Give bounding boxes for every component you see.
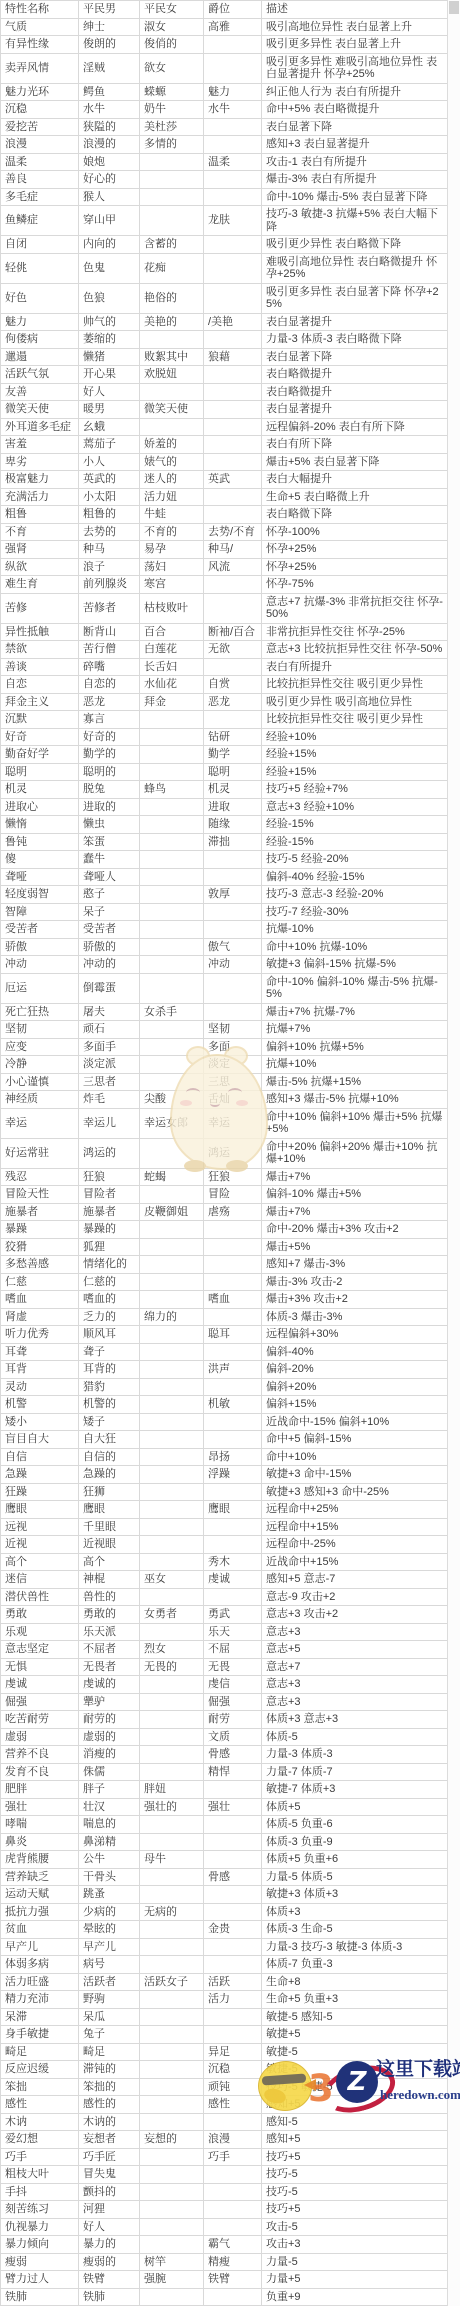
cell-trait-name: 仁慈 xyxy=(1,1273,79,1291)
cell-trait-name: 营养缺乏 xyxy=(1,1868,79,1886)
cell-commoner-male: 暴力的 xyxy=(79,2236,140,2254)
cell-trait-name: 早产儿 xyxy=(1,1938,79,1956)
cell-noble-title xyxy=(204,1413,262,1431)
scrollbar-track[interactable] xyxy=(447,0,460,2306)
cell-description: 吸引更多异性 难吸引高地位异性 表白显著提升 怀孕+25% xyxy=(262,53,448,83)
scrollbar-thumb[interactable] xyxy=(449,1,459,14)
cell-description: 表白略微下降 xyxy=(262,506,448,524)
cell-trait-name: 畸足 xyxy=(1,2043,79,2061)
cell-trait-name: 灵动 xyxy=(1,1378,79,1396)
cell-description: 经验-15% xyxy=(262,833,448,851)
cell-commoner-female xyxy=(140,1711,204,1729)
cell-commoner-female xyxy=(140,1991,204,2009)
cell-commoner-male: 前列腺炎 xyxy=(79,576,140,594)
cell-commoner-female xyxy=(140,833,204,851)
cell-noble-title xyxy=(204,1886,262,1904)
table-row: 倔强犟驴倔强意志+3 xyxy=(1,1693,448,1711)
cell-trait-name: 施暴者 xyxy=(1,1203,79,1221)
cell-trait-name: 自恋 xyxy=(1,676,79,694)
cell-commoner-male: 胖子 xyxy=(79,1781,140,1799)
cell-noble-title xyxy=(204,188,262,206)
table-row: 沉稳水牛奶牛水牛命中+5% 表白略微提升 xyxy=(1,101,448,119)
cell-description: 爆击+3% 攻击+2 xyxy=(262,1291,448,1309)
cell-description: 表白显著下降 xyxy=(262,118,448,136)
table-row: 好奇好奇的钻研经验+10% xyxy=(1,728,448,746)
cell-noble-title: 异足 xyxy=(204,2043,262,2061)
cell-commoner-female xyxy=(140,1938,204,1956)
cell-commoner-male: 英武的 xyxy=(79,471,140,489)
column-header: 爵位 xyxy=(204,1,262,19)
cell-commoner-male: 耐劳的 xyxy=(79,1711,140,1729)
cell-commoner-female xyxy=(140,1256,204,1274)
cell-trait-name: 友善 xyxy=(1,383,79,401)
table-row: 自恋自恋的水仙花自赏比较抗拒异性交往 吸引更少异性 xyxy=(1,676,448,694)
cell-trait-name: 发育不良 xyxy=(1,1763,79,1781)
cell-commoner-female: 易孕 xyxy=(140,541,204,559)
cell-noble-title: 龙肤 xyxy=(204,206,262,236)
cell-commoner-male: 憨子 xyxy=(79,886,140,904)
table-row: 虚弱虚弱的文质体质-5 xyxy=(1,1728,448,1746)
cell-description: 敏捷-5 xyxy=(262,2043,448,2061)
cell-commoner-female: 树竿 xyxy=(140,2253,204,2271)
cell-noble-title xyxy=(204,1536,262,1554)
cell-description: 敏捷+3 体质+3 xyxy=(262,1886,448,1904)
cell-commoner-male: 狭隘的 xyxy=(79,118,140,136)
cell-noble-title xyxy=(204,171,262,189)
cell-trait-name: 极富魅力 xyxy=(1,471,79,489)
cell-trait-name: 智障 xyxy=(1,903,79,921)
cell-commoner-female xyxy=(140,798,204,816)
cell-commoner-male: 断背山 xyxy=(79,623,140,641)
cell-trait-name: 吃苦耐劳 xyxy=(1,1711,79,1729)
cell-description: 体质-7 负重-3 xyxy=(262,1956,448,1974)
cell-commoner-female: 巫女 xyxy=(140,1571,204,1589)
cell-commoner-male: 冒失鬼 xyxy=(79,2166,140,2184)
table-row: 苦修苦修者枯枝败叶意志+7 抗爆-3% 非常抗拒交往 怀孕-50% xyxy=(1,593,448,623)
cell-description: 敏捷+5 xyxy=(262,2026,448,2044)
table-row: 聪明聪明的聪明经验+15% xyxy=(1,763,448,781)
cell-description: 命中+20% 偏斜+20% 爆击+10% 抗爆+10% xyxy=(262,1138,448,1168)
cell-commoner-female: 白莲花 xyxy=(140,641,204,659)
cell-commoner-male: 病号 xyxy=(79,1956,140,1974)
cell-description: 意志+3 比较抗拒异性交往 怀孕-50% xyxy=(262,641,448,659)
table-row: 充满活力小太阳活力妞生命+5 表白略微上升 xyxy=(1,488,448,506)
cell-trait-name: 鱼鳞症 xyxy=(1,206,79,236)
table-row: 活跃气氛开心果欢脱妞表白略微提升 xyxy=(1,366,448,384)
cell-noble-title xyxy=(204,593,262,623)
cell-noble-title xyxy=(204,973,262,1003)
cell-description: 近战命中+15% xyxy=(262,1553,448,1571)
table-row: 畸足畸足异足敏捷-5 xyxy=(1,2043,448,2061)
cell-trait-name: 反应迟缓 xyxy=(1,2061,79,2079)
cell-description: 近战命中-15% 偏斜+10% xyxy=(262,1413,448,1431)
cell-commoner-male: 晕眩的 xyxy=(79,1921,140,1939)
cell-noble-title xyxy=(204,1903,262,1921)
cell-description: 命中+10% 抗爆-10% xyxy=(262,938,448,956)
cell-commoner-female xyxy=(140,868,204,886)
cell-description: 偏斜-40% 经验-15% xyxy=(262,868,448,886)
cell-noble-title: 鹰眼 xyxy=(204,1501,262,1519)
cell-noble-title: /美艳 xyxy=(204,313,262,331)
cell-commoner-female: 活跃女子 xyxy=(140,1973,204,1991)
cell-noble-title: 恶龙 xyxy=(204,693,262,711)
cell-description: 表白有所提升 xyxy=(262,658,448,676)
table-row: 智障呆子技巧-7 经验-30% xyxy=(1,903,448,921)
cell-trait-name: 营养不良 xyxy=(1,1746,79,1764)
cell-noble-title xyxy=(204,576,262,594)
cell-trait-name: 活跃气氛 xyxy=(1,366,79,384)
cell-commoner-male: 感性的 xyxy=(79,2096,140,2114)
cell-description: 意志+3 xyxy=(262,1693,448,1711)
cell-noble-title: 昂扬 xyxy=(204,1448,262,1466)
table-row: 轻度弱智憨子敦厚技巧-3 意志-3 经验-20% xyxy=(1,886,448,904)
cell-description: 偏斜-10% 爆击+5% xyxy=(262,1186,448,1204)
cell-commoner-male: 勤学的 xyxy=(79,746,140,764)
cell-commoner-male: 幺蛾 xyxy=(79,418,140,436)
cell-commoner-male: 千里眼 xyxy=(79,1518,140,1536)
cell-noble-title: 高雅 xyxy=(204,18,262,36)
cell-commoner-female xyxy=(140,1273,204,1291)
cell-description: 抗爆-10% xyxy=(262,921,448,939)
cell-description: 技巧-5 敏捷-5 xyxy=(262,2078,448,2096)
cell-description: 敏捷-5 感知-5 xyxy=(262,2008,448,2026)
cell-commoner-male: 高个 xyxy=(79,1553,140,1571)
cell-trait-name: 受苦者 xyxy=(1,921,79,939)
cell-commoner-male: 颤抖的 xyxy=(79,2183,140,2201)
table-row: 应变多面手多面偏斜+10% 抗爆+5% xyxy=(1,1038,448,1056)
cell-commoner-male: 虚弱的 xyxy=(79,1728,140,1746)
cell-commoner-male: 暴躁的 xyxy=(79,1221,140,1239)
cell-commoner-female xyxy=(140,1361,204,1379)
cell-commoner-female xyxy=(140,206,204,236)
cell-commoner-female: 皮鞭御姐 xyxy=(140,1203,204,1221)
cell-noble-title xyxy=(204,118,262,136)
cell-noble-title: 断袖/百合 xyxy=(204,623,262,641)
cell-noble-title xyxy=(204,1431,262,1449)
cell-commoner-male: 冲动的 xyxy=(79,956,140,974)
cell-description: 比较抗拒异性交往 吸引更少异性 xyxy=(262,676,448,694)
column-header: 特性名称 xyxy=(1,1,79,19)
cell-commoner-male: 小人 xyxy=(79,453,140,471)
cell-noble-title xyxy=(204,53,262,83)
cell-description: 吸引更多异性 表白显著下降 怀孕+25% xyxy=(262,283,448,313)
cell-commoner-female: 欲女 xyxy=(140,53,204,83)
cell-trait-name: 浪漫 xyxy=(1,136,79,154)
table-row: 多毛症猴人命中-10% 爆击-5% 表白显著下降 xyxy=(1,188,448,206)
cell-trait-name: 铁肺 xyxy=(1,2288,79,2306)
cell-description: 感知+3 爆击-5% 抗爆+10% xyxy=(262,1091,448,1109)
cell-commoner-male: 穿山甲 xyxy=(79,206,140,236)
cell-commoner-female xyxy=(140,171,204,189)
cell-noble-title: 顽钝 xyxy=(204,2078,262,2096)
cell-commoner-male: 乏力的 xyxy=(79,1308,140,1326)
cell-commoner-male: 畸足 xyxy=(79,2043,140,2061)
cell-noble-title: 勤学 xyxy=(204,746,262,764)
cell-noble-title xyxy=(204,2113,262,2131)
cell-commoner-female xyxy=(140,938,204,956)
table-row: 施暴者施暴者皮鞭御姐虐殇爆击+7% xyxy=(1,1203,448,1221)
cell-noble-title: 鸿运 xyxy=(204,1138,262,1168)
table-row: 反应迟缓滞钝的沉稳敏捷-5 xyxy=(1,2061,448,2079)
cell-noble-title xyxy=(204,453,262,471)
cell-noble-title: 精悍 xyxy=(204,1763,262,1781)
cell-trait-name: 魅力光环 xyxy=(1,83,79,101)
table-row: 远视千里眼远程命中+15% xyxy=(1,1518,448,1536)
cell-commoner-male: 好人 xyxy=(79,383,140,401)
cell-commoner-female: 寒宫 xyxy=(140,576,204,594)
table-row: 感性感性的感性感知+5 xyxy=(1,2096,448,2114)
cell-description: 技巧-3 意志-3 经验-20% xyxy=(262,886,448,904)
cell-noble-title xyxy=(204,1273,262,1291)
cell-description: 爆击+7% xyxy=(262,1168,448,1186)
cell-commoner-male: 干骨头 xyxy=(79,1868,140,1886)
cell-noble-title: 自赏 xyxy=(204,676,262,694)
cell-noble-title: 敦厚 xyxy=(204,886,262,904)
table-row: 急躁急躁的浮躁敏捷+3 命中-15% xyxy=(1,1466,448,1484)
cell-description: 爆击-3% 攻击-2 xyxy=(262,1273,448,1291)
cell-noble-title xyxy=(204,236,262,254)
cell-noble-title: 精瘦 xyxy=(204,2253,262,2271)
cell-commoner-male: 矮子 xyxy=(79,1413,140,1431)
cell-trait-name: 好色 xyxy=(1,283,79,313)
table-row: 沉默寡言比较抗拒异性交往 吸引更少异性 xyxy=(1,711,448,729)
cell-commoner-male: 喘息的 xyxy=(79,1816,140,1834)
cell-commoner-female xyxy=(140,418,204,436)
cell-description: 难吸引高地位异性 表白略微提升 怀孕+25% xyxy=(262,253,448,283)
cell-commoner-female: 女杀手 xyxy=(140,1003,204,1021)
cell-noble-title xyxy=(204,1308,262,1326)
cell-commoner-female xyxy=(140,1021,204,1039)
cell-noble-title xyxy=(204,1588,262,1606)
cell-commoner-female: 奶牛 xyxy=(140,101,204,119)
cell-commoner-male: 顽石 xyxy=(79,1021,140,1039)
cell-noble-title: 三思 xyxy=(204,1073,262,1091)
cell-trait-name: 残忍 xyxy=(1,1168,79,1186)
table-row: 发育不良侏儒精悍力量-7 体质-7 xyxy=(1,1763,448,1781)
cell-description: 力量-3 体质-3 xyxy=(262,1746,448,1764)
cell-trait-name: 运动天赋 xyxy=(1,1886,79,1904)
table-row: 迷信神棍巫女虔诚感知+5 意志-7 xyxy=(1,1571,448,1589)
cell-noble-title: 霸气 xyxy=(204,2236,262,2254)
cell-trait-name: 感性 xyxy=(1,2096,79,2114)
cell-description: 力量-5 体质-5 xyxy=(262,1868,448,1886)
cell-commoner-male: 木讷的 xyxy=(79,2113,140,2131)
cell-commoner-male: 施暴者 xyxy=(79,1203,140,1221)
cell-description: 技巧-5 xyxy=(262,2183,448,2201)
table-row: 无惧无畏者无畏的无畏意志+7 xyxy=(1,1658,448,1676)
cell-commoner-male: 幸运儿 xyxy=(79,1108,140,1138)
cell-description: 意志+3 xyxy=(262,1676,448,1694)
table-row: 乐观乐天派乐天意志+3 xyxy=(1,1623,448,1641)
cell-commoner-male: 三思者 xyxy=(79,1073,140,1091)
cell-description: 偏斜+20% xyxy=(262,1378,448,1396)
cell-commoner-female xyxy=(140,1833,204,1851)
cell-commoner-male: 无畏者 xyxy=(79,1658,140,1676)
cell-commoner-female: 蝾螈 xyxy=(140,83,204,101)
cell-trait-name: 骄傲 xyxy=(1,938,79,956)
cell-trait-name: 傻 xyxy=(1,851,79,869)
cell-description: 体质-3 生命-5 xyxy=(262,1921,448,1939)
cell-commoner-male: 公牛 xyxy=(79,1851,140,1869)
cell-commoner-male: 笨蛋 xyxy=(79,833,140,851)
table-row: 粗枝大叶冒失鬼技巧-5 xyxy=(1,2166,448,2184)
cell-commoner-male: 巧手匠 xyxy=(79,2148,140,2166)
cell-description: 爆击-3% 表白有所提升 xyxy=(262,171,448,189)
cell-commoner-male: 兽性的 xyxy=(79,1588,140,1606)
cell-trait-name: 轻度弱智 xyxy=(1,886,79,904)
cell-noble-title: 淡定 xyxy=(204,1056,262,1074)
cell-noble-title: 虐殇 xyxy=(204,1203,262,1221)
cell-commoner-female xyxy=(140,2201,204,2219)
cell-commoner-female: 幸运女郎 xyxy=(140,1108,204,1138)
cell-noble-title xyxy=(204,1518,262,1536)
cell-commoner-female xyxy=(140,2236,204,2254)
table-row: 机警机警的机敏偏斜+15% xyxy=(1,1396,448,1414)
cell-description: 命中+5 偏斜-15% xyxy=(262,1431,448,1449)
cell-trait-name: 温柔 xyxy=(1,153,79,171)
cell-description: 敏捷+3 感知+3 命中-25% xyxy=(262,1483,448,1501)
cell-trait-name: 自信 xyxy=(1,1448,79,1466)
cell-commoner-female xyxy=(140,973,204,1003)
cell-description: 怀孕-75% xyxy=(262,576,448,594)
cell-noble-title: 浪漫 xyxy=(204,2131,262,2149)
cell-description: 命中+10% xyxy=(262,1448,448,1466)
cell-commoner-male: 呆瓜 xyxy=(79,2008,140,2026)
cell-noble-title: 感性 xyxy=(204,2096,262,2114)
cell-commoner-female xyxy=(140,1536,204,1554)
cell-noble-title: 聪耳 xyxy=(204,1326,262,1344)
cell-noble-title xyxy=(204,921,262,939)
table-row: 异性抵触断背山百合断袖/百合非常抗拒异性交往 怀孕-25% xyxy=(1,623,448,641)
cell-trait-name: 仇视暴力 xyxy=(1,2218,79,2236)
table-row: 肥胖胖子胖妞敏捷-7 体质+3 xyxy=(1,1781,448,1799)
table-row: 刻苦练习河狸技巧+5 xyxy=(1,2201,448,2219)
table-row: 早产儿早产儿力量-3 技巧-3 敏捷-3 体质-3 xyxy=(1,1938,448,1956)
table-row: 近视近视眼远程命中-25% xyxy=(1,1536,448,1554)
cell-trait-name: 冷静 xyxy=(1,1056,79,1074)
cell-noble-title xyxy=(204,1256,262,1274)
cell-trait-name: 哮喘 xyxy=(1,1816,79,1834)
table-row: 勤奋好学勤学的勤学经验+15% xyxy=(1,746,448,764)
table-row: 外耳道多毛症幺蛾远程偏斜-20% 表白有所下降 xyxy=(1,418,448,436)
cell-commoner-female: 荡妇 xyxy=(140,558,204,576)
cell-noble-title: 水牛 xyxy=(204,101,262,119)
cell-commoner-female xyxy=(140,956,204,974)
cell-commoner-male: 苦修者 xyxy=(79,593,140,623)
cell-commoner-male: 虔诚的 xyxy=(79,1676,140,1694)
table-row: 神经质炸毛尖酸舌灿感知+3 爆击-5% 抗爆+10% xyxy=(1,1091,448,1109)
table-row: 手抖颤抖的技巧-5 xyxy=(1,2183,448,2201)
cell-commoner-male: 恶龙 xyxy=(79,693,140,711)
cell-description: 意志+5 xyxy=(262,1641,448,1659)
cell-description: 吸引高地位异性 表白显著上升 xyxy=(262,18,448,36)
cell-commoner-male: 苦行僧 xyxy=(79,641,140,659)
cell-description: 体质-3 爆击-3% xyxy=(262,1308,448,1326)
cell-trait-name: 多毛症 xyxy=(1,188,79,206)
cell-trait-name: 勇敢 xyxy=(1,1606,79,1624)
cell-description: 命中+10% 偏斜+10% 爆击+5% 抗爆+5% xyxy=(262,1108,448,1138)
cell-commoner-female xyxy=(140,1396,204,1414)
cell-commoner-female xyxy=(140,1431,204,1449)
table-row: 瘦弱瘦弱的树竿精瘦力量-5 xyxy=(1,2253,448,2271)
cell-commoner-male: 蔫茄子 xyxy=(79,436,140,454)
cell-commoner-female xyxy=(140,746,204,764)
cell-commoner-male: 情绪化的 xyxy=(79,1256,140,1274)
cell-description: 生命+5 表白略微上升 xyxy=(262,488,448,506)
cell-commoner-female xyxy=(140,903,204,921)
cell-trait-name: 迷信 xyxy=(1,1571,79,1589)
table-row: 铁肺铁肺负重+9 xyxy=(1,2288,448,2306)
cell-noble-title xyxy=(204,331,262,349)
cell-description: 敏捷-7 体质+3 xyxy=(262,1781,448,1799)
table-row: 佝偻病萎缩的力量-3 体质-3 表白略微下降 xyxy=(1,331,448,349)
cell-commoner-male: 铁臂 xyxy=(79,2271,140,2289)
cell-description: 抗爆+10% xyxy=(262,1056,448,1074)
cell-commoner-female xyxy=(140,1291,204,1309)
cell-trait-name: 瘦弱 xyxy=(1,2253,79,2271)
cell-commoner-male: 好奇的 xyxy=(79,728,140,746)
cell-trait-name: 外耳道多毛症 xyxy=(1,418,79,436)
cell-noble-title xyxy=(204,2026,262,2044)
cell-commoner-female: 婊气的 xyxy=(140,453,204,471)
cell-trait-name: 聋哑 xyxy=(1,868,79,886)
cell-commoner-male: 猴人 xyxy=(79,188,140,206)
cell-commoner-female xyxy=(140,1746,204,1764)
cell-commoner-female xyxy=(140,331,204,349)
cell-trait-name: 无惧 xyxy=(1,1658,79,1676)
cell-commoner-female xyxy=(140,188,204,206)
cell-commoner-female xyxy=(140,886,204,904)
cell-description: 爆击+7% 抗爆-7% xyxy=(262,1003,448,1021)
table-row: 残忍狂狼蛇蝎狂狼爆击+7% xyxy=(1,1168,448,1186)
cell-commoner-female: 蛇蝎 xyxy=(140,1168,204,1186)
cell-trait-name: 矮小 xyxy=(1,1413,79,1431)
table-row: 强壮壮汉强壮的强壮体质+5 xyxy=(1,1798,448,1816)
cell-noble-title xyxy=(204,418,262,436)
cell-trait-name: 乐观 xyxy=(1,1623,79,1641)
cell-commoner-male: 早产儿 xyxy=(79,1938,140,1956)
cell-commoner-male: 多面手 xyxy=(79,1038,140,1056)
cell-trait-name: 幸运 xyxy=(1,1108,79,1138)
cell-commoner-female xyxy=(140,851,204,869)
cell-noble-title xyxy=(204,1956,262,1974)
cell-commoner-female: 不育的 xyxy=(140,523,204,541)
cell-commoner-female: 美杜莎 xyxy=(140,118,204,136)
cell-description: 体质+3 意志+3 xyxy=(262,1711,448,1729)
cell-commoner-female xyxy=(140,2026,204,2044)
cell-commoner-male: 冒险者 xyxy=(79,1186,140,1204)
cell-commoner-female: 淑女 xyxy=(140,18,204,36)
cell-commoner-female xyxy=(140,1466,204,1484)
cell-description: 敏捷+3 偏斜-15% 抗爆-5% xyxy=(262,956,448,974)
table-row: 高个高个秀木近战命中+15% xyxy=(1,1553,448,1571)
cell-commoner-female xyxy=(140,1073,204,1091)
table-row: 贫血晕眩的金贵体质-3 生命-5 xyxy=(1,1921,448,1939)
cell-commoner-male: 蠢牛 xyxy=(79,851,140,869)
table-row: 盲目自大自大狂命中+5 偏斜-15% xyxy=(1,1431,448,1449)
cell-noble-title xyxy=(204,1003,262,1021)
cell-commoner-male: 勇敢的 xyxy=(79,1606,140,1624)
cell-trait-name: 进取心 xyxy=(1,798,79,816)
cell-commoner-female xyxy=(140,921,204,939)
cell-commoner-male: 顺风耳 xyxy=(79,1326,140,1344)
cell-commoner-male: 好人 xyxy=(79,2218,140,2236)
cell-noble-title xyxy=(204,401,262,419)
cell-commoner-male: 乐天派 xyxy=(79,1623,140,1641)
cell-commoner-male: 进取的 xyxy=(79,798,140,816)
cell-commoner-male: 粗鲁的 xyxy=(79,506,140,524)
cell-commoner-male: 小太阳 xyxy=(79,488,140,506)
